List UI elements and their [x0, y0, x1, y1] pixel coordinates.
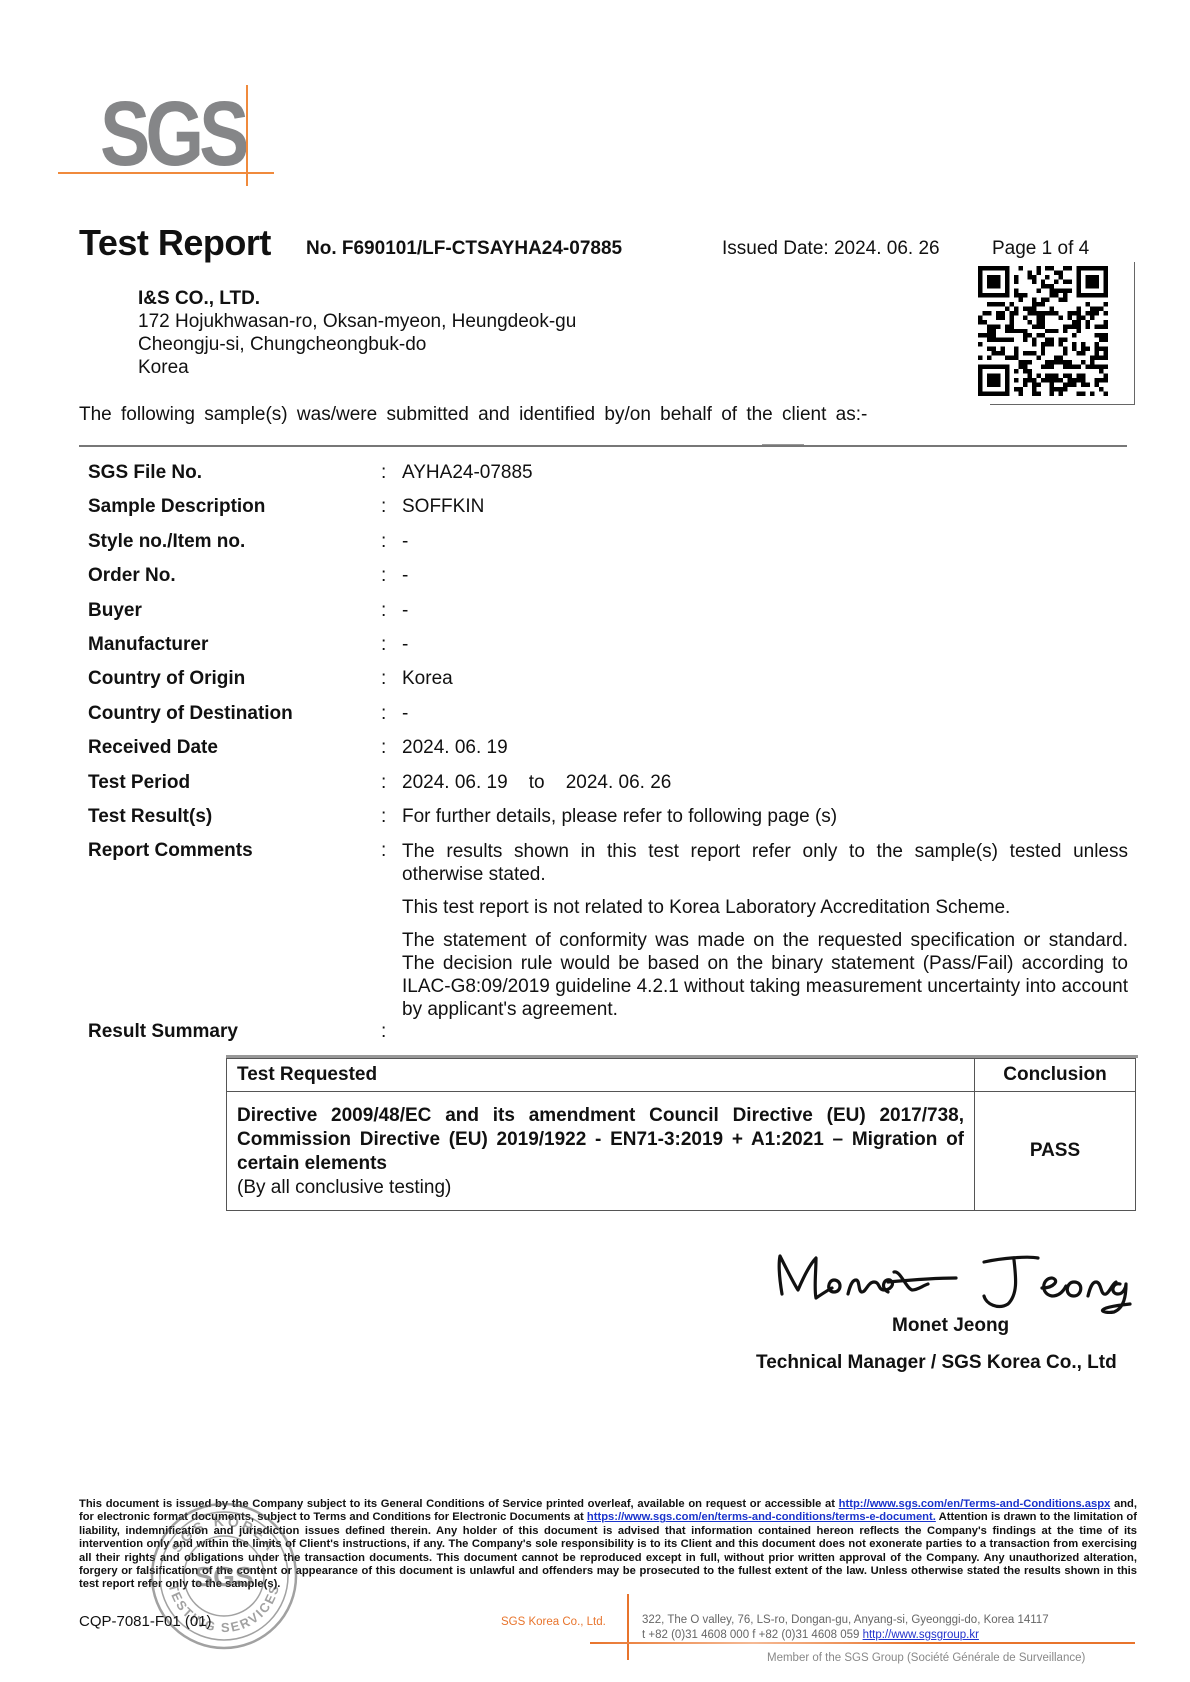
- client-address-line: 172 Hojukhwasan-ro, Oksan-myeon, Heungde…: [138, 310, 576, 333]
- info-row: Country of Destination:-: [88, 703, 1128, 737]
- qr-code-icon[interactable]: [978, 264, 1108, 398]
- info-row: Received Date:2024. 06. 19: [88, 737, 1128, 771]
- colon: :: [381, 634, 402, 656]
- test-note: (By all conclusive testing): [237, 1176, 964, 1200]
- info-label: Country of Origin: [88, 668, 381, 690]
- footer-address: 322, The O valley, 76, LS-ro, Dongan-gu,…: [642, 1613, 1049, 1643]
- info-row: Test Result(s):For further details, plea…: [88, 806, 1128, 840]
- info-row: Style no./Item no.:-: [88, 531, 1128, 565]
- form-code: CQP-7081-F01 (01): [79, 1613, 212, 1630]
- comment-paragraph: This test report is not related to Korea…: [402, 896, 1128, 919]
- info-row: Sample Description:SOFFKIN: [88, 496, 1128, 530]
- info-label: Sample Description: [88, 496, 381, 518]
- info-value: Korea: [402, 668, 1128, 690]
- colon: :: [381, 1021, 402, 1043]
- footer-address-line: 322, The O valley, 76, LS-ro, Dongan-gu,…: [642, 1613, 1049, 1628]
- sample-info: SGS File No.:AYHA24-07885Sample Descript…: [88, 462, 1128, 1056]
- divider: [990, 404, 1135, 405]
- table-row: Directive 2009/48/EC and its amendment C…: [227, 1092, 1136, 1211]
- info-row: Manufacturer:-: [88, 634, 1128, 668]
- colon: :: [381, 600, 402, 622]
- test-requested: Directive 2009/48/EC and its amendment C…: [237, 1104, 964, 1176]
- terms-link[interactable]: http://www.sgs.com/en/Terms-and-Conditio…: [839, 1498, 1111, 1510]
- footer-divider: [627, 1594, 629, 1660]
- info-row-report-comments: Report Comments : The results shown in t…: [88, 840, 1128, 1021]
- info-row: Country of Origin:Korea: [88, 668, 1128, 702]
- colon: :: [381, 840, 402, 862]
- info-value: -: [402, 565, 1128, 587]
- footer-contact-line: t +82 (0)31 4608 000 f +82 (0)31 4608 05…: [642, 1628, 1049, 1643]
- page-number: Page 1 of 4: [992, 238, 1089, 260]
- info-label: Result Summary: [88, 1021, 381, 1043]
- intro-statement: The following sample(s) was/were submitt…: [79, 404, 867, 426]
- info-row: Test Period:2024. 06. 19 to 2024. 06. 26: [88, 772, 1128, 806]
- comment-paragraph: The statement of conformity was made on …: [402, 929, 1128, 1021]
- handwritten-signature: [770, 1244, 1140, 1318]
- colon: :: [381, 668, 402, 690]
- svg-text:SGS: SGS: [194, 1561, 253, 1592]
- info-value: For further details, please refer to fol…: [402, 806, 1128, 828]
- divider: [762, 444, 804, 445]
- info-value: -: [402, 600, 1128, 622]
- info-label: Style no./Item no.: [88, 531, 381, 553]
- document-title: Test Report: [79, 222, 271, 264]
- info-value: AYHA24-07885: [402, 462, 1128, 484]
- info-label: Manufacturer: [88, 634, 381, 656]
- colon: :: [381, 806, 402, 828]
- client-address-block: I&S CO., LTD. 172 Hojukhwasan-ro, Oksan-…: [138, 287, 576, 379]
- info-label: Test Period: [88, 772, 381, 794]
- info-value: 2024. 06. 19 to 2024. 06. 26: [402, 772, 1128, 794]
- footer-company-name: SGS Korea Co., Ltd.: [501, 1616, 606, 1628]
- info-label: Order No.: [88, 565, 381, 587]
- column-header-test-requested: Test Requested: [227, 1059, 975, 1092]
- colon: :: [381, 531, 402, 553]
- client-address-line: Cheongju-si, Chungcheongbuk-do: [138, 333, 576, 356]
- info-value: -: [402, 703, 1128, 725]
- logo-accent-line-horizontal: [58, 172, 274, 174]
- info-value: 2024. 06. 19: [402, 737, 1128, 759]
- sgs-logo: SGS: [100, 88, 245, 180]
- info-row: Order No.:-: [88, 565, 1128, 599]
- info-label: Test Result(s): [88, 806, 381, 828]
- svg-text:SGS KOREA: SGS KOREA: [168, 1513, 280, 1556]
- footer-member-statement: Member of the SGS Group (Société Général…: [767, 1652, 1085, 1664]
- logo-accent-line-vertical: [246, 85, 248, 186]
- info-label: Buyer: [88, 600, 381, 622]
- section-divider: [79, 445, 1127, 447]
- report-comments: The results shown in this test report re…: [402, 840, 1128, 1021]
- colon: :: [381, 772, 402, 794]
- info-value: -: [402, 634, 1128, 656]
- client-name: I&S CO., LTD.: [138, 287, 576, 310]
- footer-phone-fax: t +82 (0)31 4608 000 f +82 (0)31 4608 05…: [642, 1629, 863, 1641]
- info-label: Received Date: [88, 737, 381, 759]
- info-value: SOFFKIN: [402, 496, 1128, 518]
- result-summary-table: Test Requested Conclusion Directive 2009…: [226, 1058, 1136, 1211]
- column-header-conclusion: Conclusion: [975, 1059, 1136, 1092]
- colon: :: [381, 496, 402, 518]
- comment-paragraph: The results shown in this test report re…: [402, 840, 1128, 886]
- e-document-terms-link[interactable]: https://www.sgs.com/en/terms-and-conditi…: [587, 1511, 936, 1523]
- info-value: -: [402, 531, 1128, 553]
- colon: :: [381, 462, 402, 484]
- info-label: Report Comments: [88, 840, 381, 862]
- signer-name: Monet Jeong: [892, 1315, 1009, 1337]
- info-label: Country of Destination: [88, 703, 381, 725]
- info-row-result-summary: Result Summary :: [88, 1021, 1128, 1055]
- website-link[interactable]: http://www.sgsgroup.kr: [863, 1629, 979, 1641]
- colon: :: [381, 737, 402, 759]
- signer-title: Technical Manager / SGS Korea Co., Ltd: [756, 1352, 1117, 1374]
- info-row: Buyer:-: [88, 600, 1128, 634]
- info-label: SGS File No.: [88, 462, 381, 484]
- footer-rule: [590, 1642, 1135, 1644]
- colon: :: [381, 703, 402, 725]
- divider: [1134, 262, 1135, 404]
- info-row: SGS File No.:AYHA24-07885: [88, 462, 1128, 496]
- issued-date: Issued Date: 2024. 06. 26: [722, 238, 940, 260]
- client-address-line: Korea: [138, 356, 576, 379]
- conclusion-badge: PASS: [975, 1092, 1136, 1211]
- colon: :: [381, 565, 402, 587]
- report-number: No. F690101/LF-CTSAYHA24-07885: [306, 238, 622, 260]
